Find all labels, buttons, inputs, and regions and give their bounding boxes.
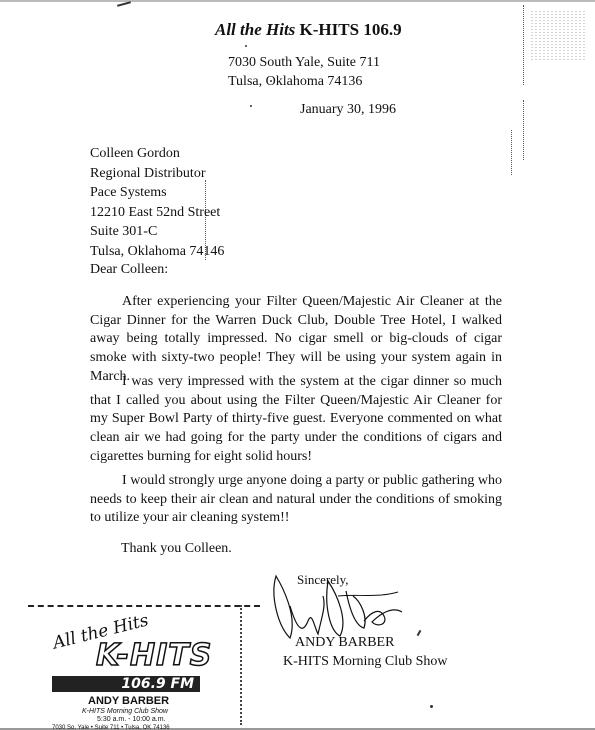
scan-speck xyxy=(250,105,252,107)
body-paragraph: I would strongly urge anyone doing a par… xyxy=(90,472,502,528)
letterhead-title: All the Hits K-HITS 106.9 xyxy=(215,20,402,40)
recipient-line: Pace Systems xyxy=(90,183,224,203)
scan-speck xyxy=(245,45,247,47)
body-paragraph-text: I would strongly urge anyone doing a par… xyxy=(90,472,502,528)
body-paragraph: I was very impressed with the system at … xyxy=(90,373,502,467)
scan-top-edge xyxy=(0,0,595,2)
letterhead-station: K-HITS 106.9 xyxy=(300,20,402,39)
card-cut-line xyxy=(28,605,260,607)
body-paragraph-text: I was very impressed with the system at … xyxy=(90,373,502,467)
scan-speck xyxy=(430,705,433,708)
recipient-block: Colleen Gordon Regional Distributor Pace… xyxy=(90,144,224,261)
recipient-line: Regional Distributor xyxy=(90,164,224,184)
recipient-line: Colleen Gordon xyxy=(90,144,224,164)
sign-off: Sincerely, xyxy=(297,572,349,588)
closing-thanks: Thank you Colleen. xyxy=(121,541,232,557)
scan-artifact-line xyxy=(523,100,524,160)
letter-date: January 30, 1996 xyxy=(300,102,396,118)
letterhead-address-line1: 7030 South Yale, Suite 711 xyxy=(228,55,380,71)
scan-artifact-line xyxy=(511,130,512,175)
business-card: All the Hits K-HITS 106.9 FM ANDY BARBER… xyxy=(40,620,240,730)
recipient-line: 12210 East 52nd Street xyxy=(90,203,224,223)
scan-speck xyxy=(117,1,131,7)
signer-name: ANDY BARBER xyxy=(295,635,394,651)
scan-noise xyxy=(530,10,585,60)
salutation: Dear Colleen: xyxy=(90,262,168,278)
card-show: K-HITS Morning Club Show xyxy=(82,708,168,715)
card-frequency: 106.9 FM xyxy=(52,676,200,692)
scan-artifact-line xyxy=(523,5,524,85)
recipient-line: Suite 301-C xyxy=(90,222,224,242)
card-hours: 5:30 a.m. - 10:00 a.m. xyxy=(97,716,165,723)
card-name: ANDY BARBER xyxy=(88,695,169,707)
card-logo: K-HITS xyxy=(96,638,212,673)
card-address: 7030 So. Yale • Suite 711 • Tulsa, OK 74… xyxy=(52,725,170,730)
letterhead-slogan: All the Hits xyxy=(215,20,295,39)
letterhead-address-line2: Tulsa, Oklahoma 74136 xyxy=(228,74,362,90)
recipient-line: Tulsa, Oklahoma 74146 xyxy=(90,242,224,262)
signer-title: K-HITS Morning Club Show xyxy=(283,654,448,670)
card-edge-line xyxy=(240,605,242,725)
